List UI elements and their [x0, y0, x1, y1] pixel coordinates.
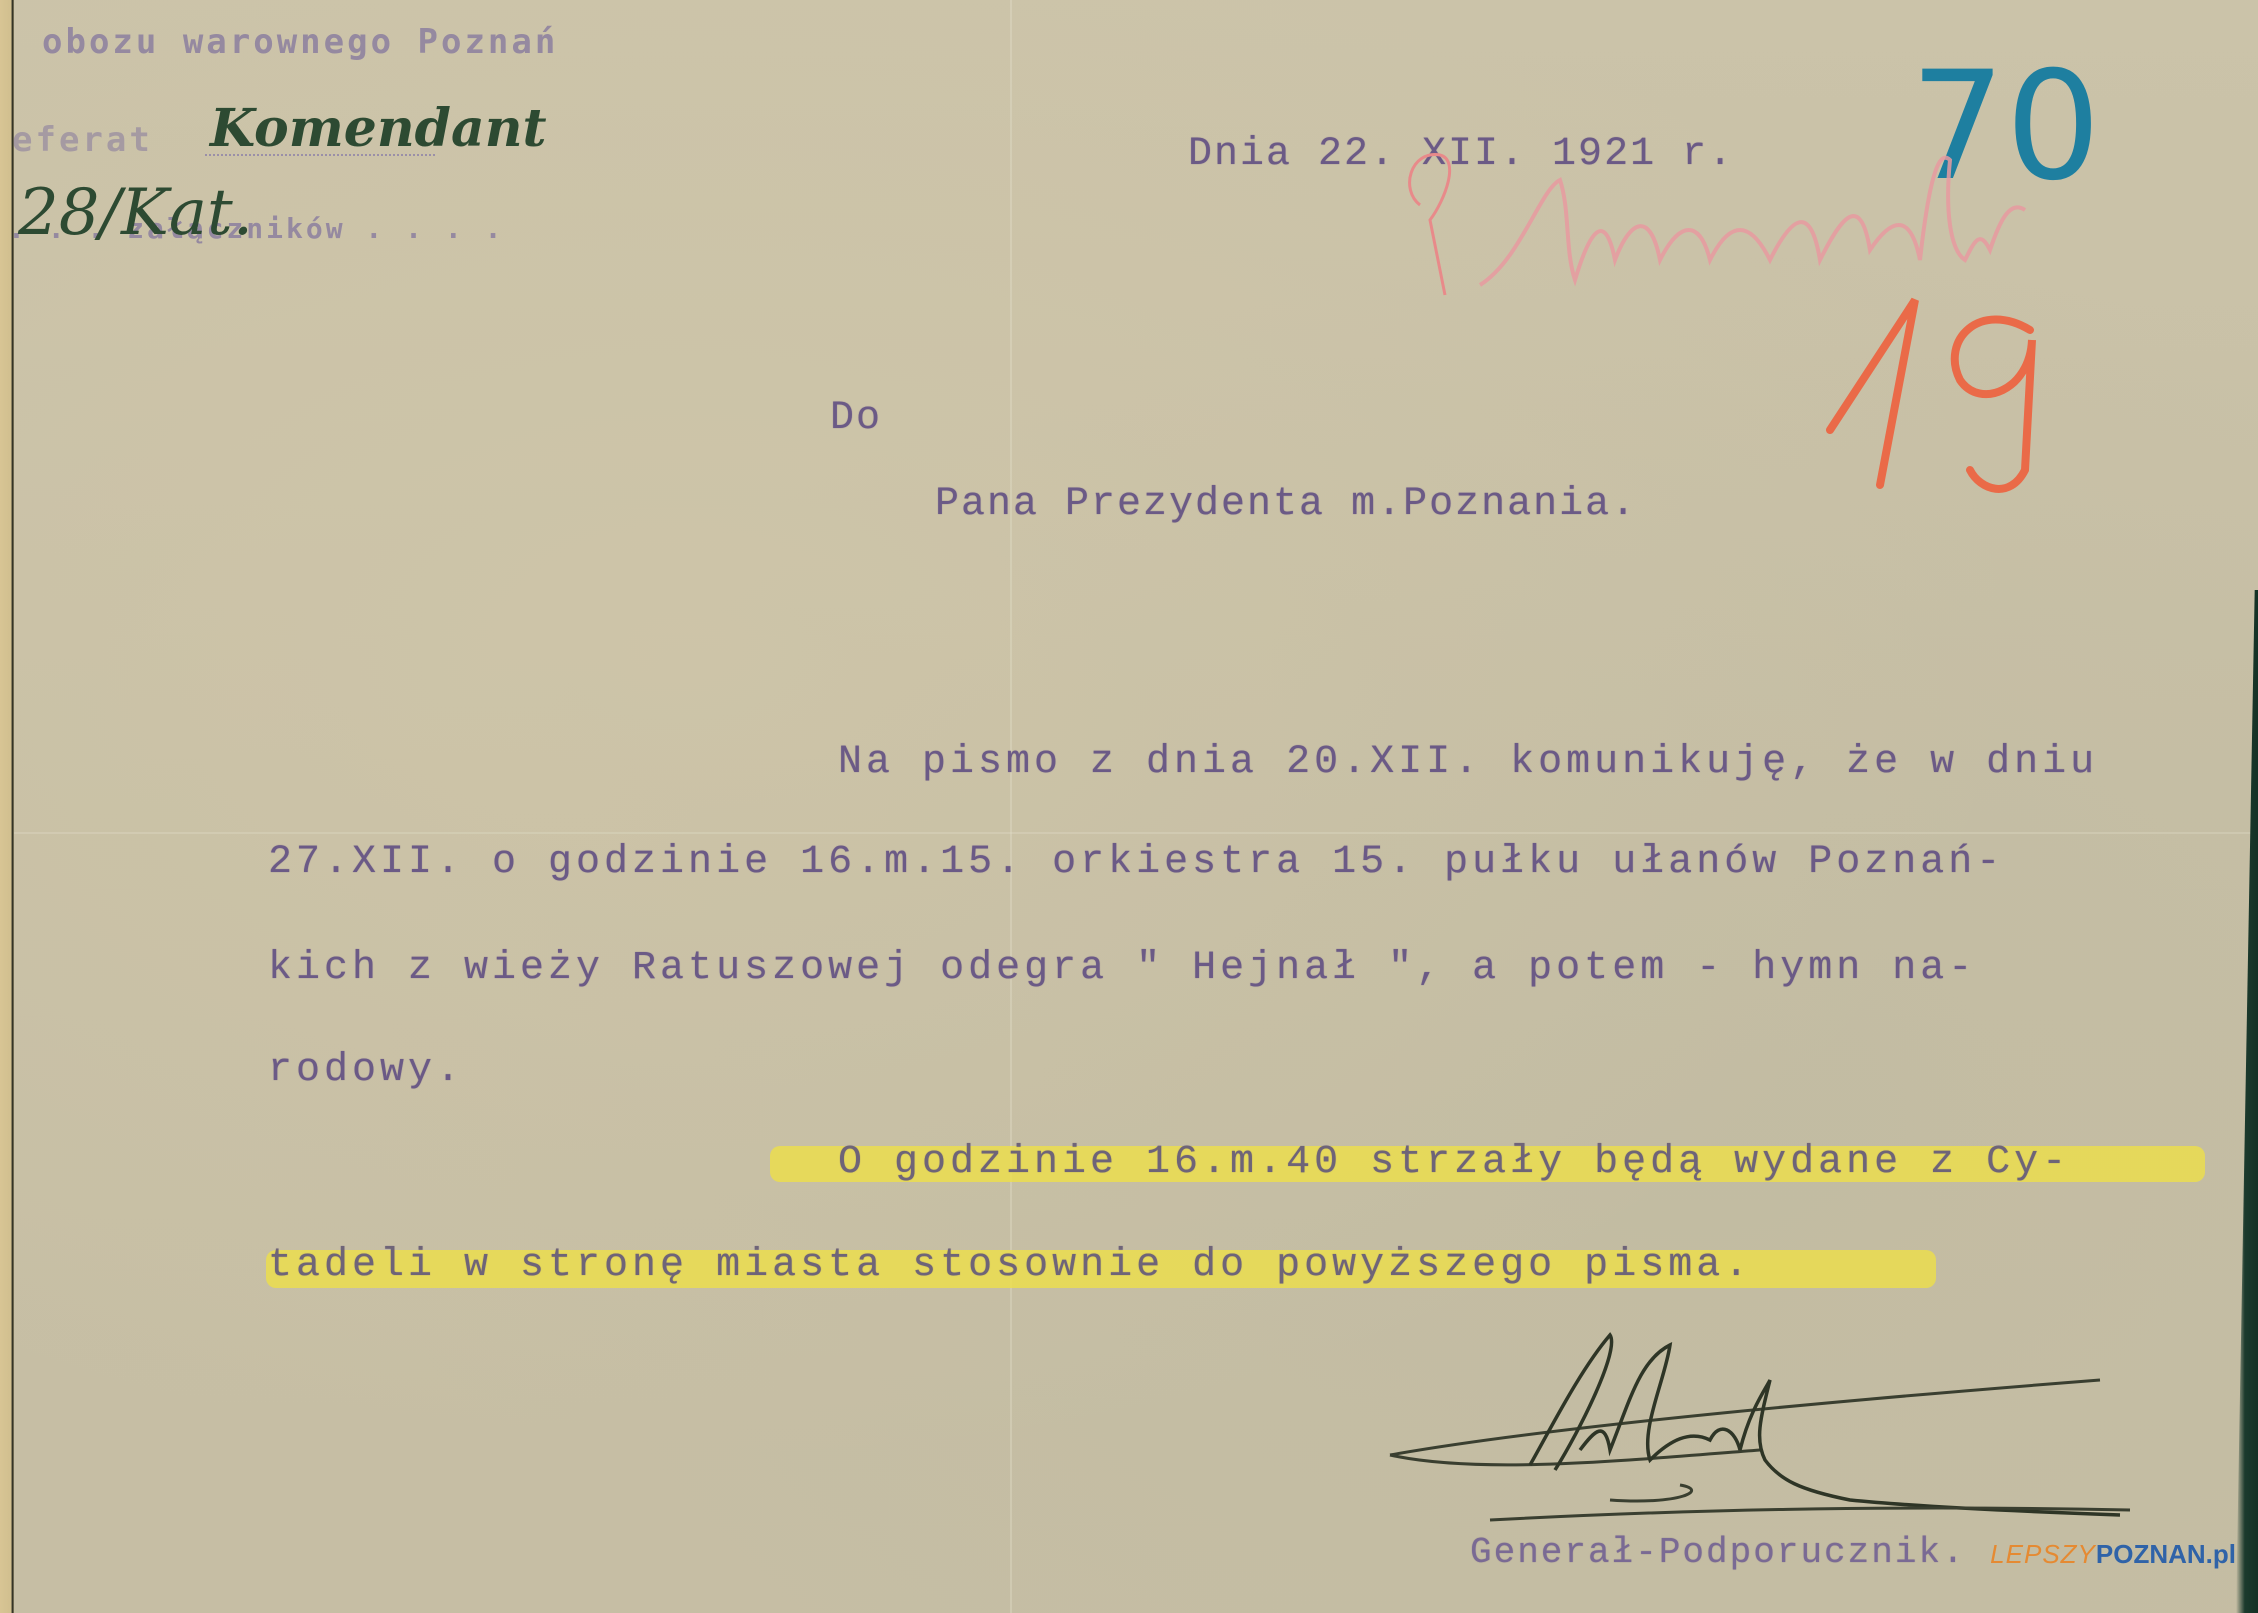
body-highlight-line-2: tadeli w stronę miasta stosownie do powy…	[268, 1243, 1752, 1288]
paper-fold-vertical	[1010, 0, 1012, 1613]
red-pencil-number-19	[1820, 270, 2100, 490]
recipient-name: Pana Prezydenta m.Poznania.	[935, 482, 1637, 527]
right-dark-edge	[2236, 590, 2258, 1613]
body-line-1: Na pismo z dnia 20.XII. komunikuję, że w…	[838, 740, 2098, 785]
document-page: obozu warownego Poznań eferat Komendant …	[0, 0, 2258, 1613]
body-line-2: 27.XII. o godzinie 16.m.15. orkiestra 15…	[268, 840, 2004, 885]
stamp-line-2-label: eferat	[12, 120, 153, 160]
stamp-line-1: obozu warownego Poznań	[42, 22, 558, 62]
watermark-part-1: LEPSZY	[1990, 1539, 2096, 1569]
stamp-line-2-underline	[205, 154, 435, 156]
recipient-prefix: Do	[830, 396, 882, 441]
watermark-logo: LEPSZYPOZNAN.pl	[1961, 1508, 2236, 1601]
watermark-part-2: POZNAN.pl	[2096, 1539, 2236, 1569]
body-highlight-line-1: O godzinie 16.m.40 strzały będą wydane z…	[838, 1140, 2070, 1185]
body-line-4: rodowy.	[268, 1048, 464, 1093]
body-line-3: kich z wieży Ratuszowej odegra " Hejnał …	[268, 946, 1976, 991]
signature-scribble-icon	[1380, 1310, 2180, 1530]
signature-title: Generał-Podporucznik.	[1470, 1532, 1966, 1573]
paper-fold-horizontal	[0, 832, 2258, 834]
handwritten-reference: 28/Kat.	[18, 176, 253, 250]
handwritten-komendant: Komendant	[210, 98, 547, 159]
